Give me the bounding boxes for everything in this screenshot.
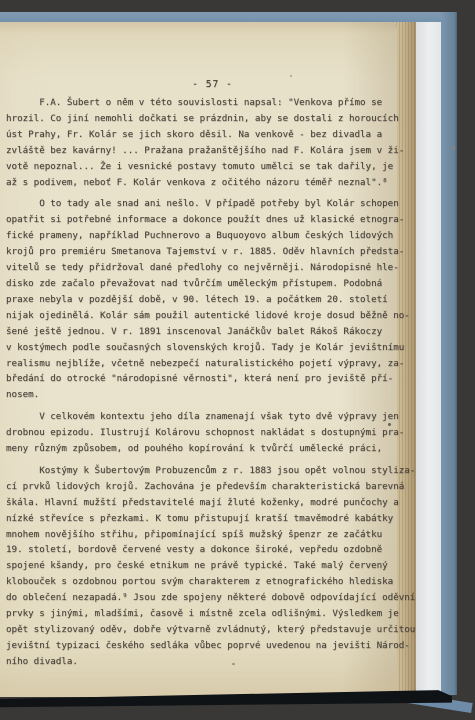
paragraph: V celkovém kontextu jeho díla znamenají … [6,409,419,457]
scan-speck [232,663,235,665]
page-number: - 57 - [6,79,419,95]
paragraph: F.A. Šubert o něm v této souvislosti nap… [6,95,419,190]
scanned-book-page: - 57 - F.A. Šubert o něm v této souvislo… [0,0,475,720]
book-cover-right-edge [441,12,457,695]
scan-speck [388,423,391,426]
page-text: - 57 - F.A. Šubert o něm v této souvislo… [6,79,419,676]
scan-speck [290,75,292,77]
paragraph: O to tady ale snad ani nešlo. V případě … [6,196,419,403]
scan-speck [452,146,455,149]
paragraph: Kostýmy k Šubertovým Probuzencům z r. 18… [6,463,419,670]
